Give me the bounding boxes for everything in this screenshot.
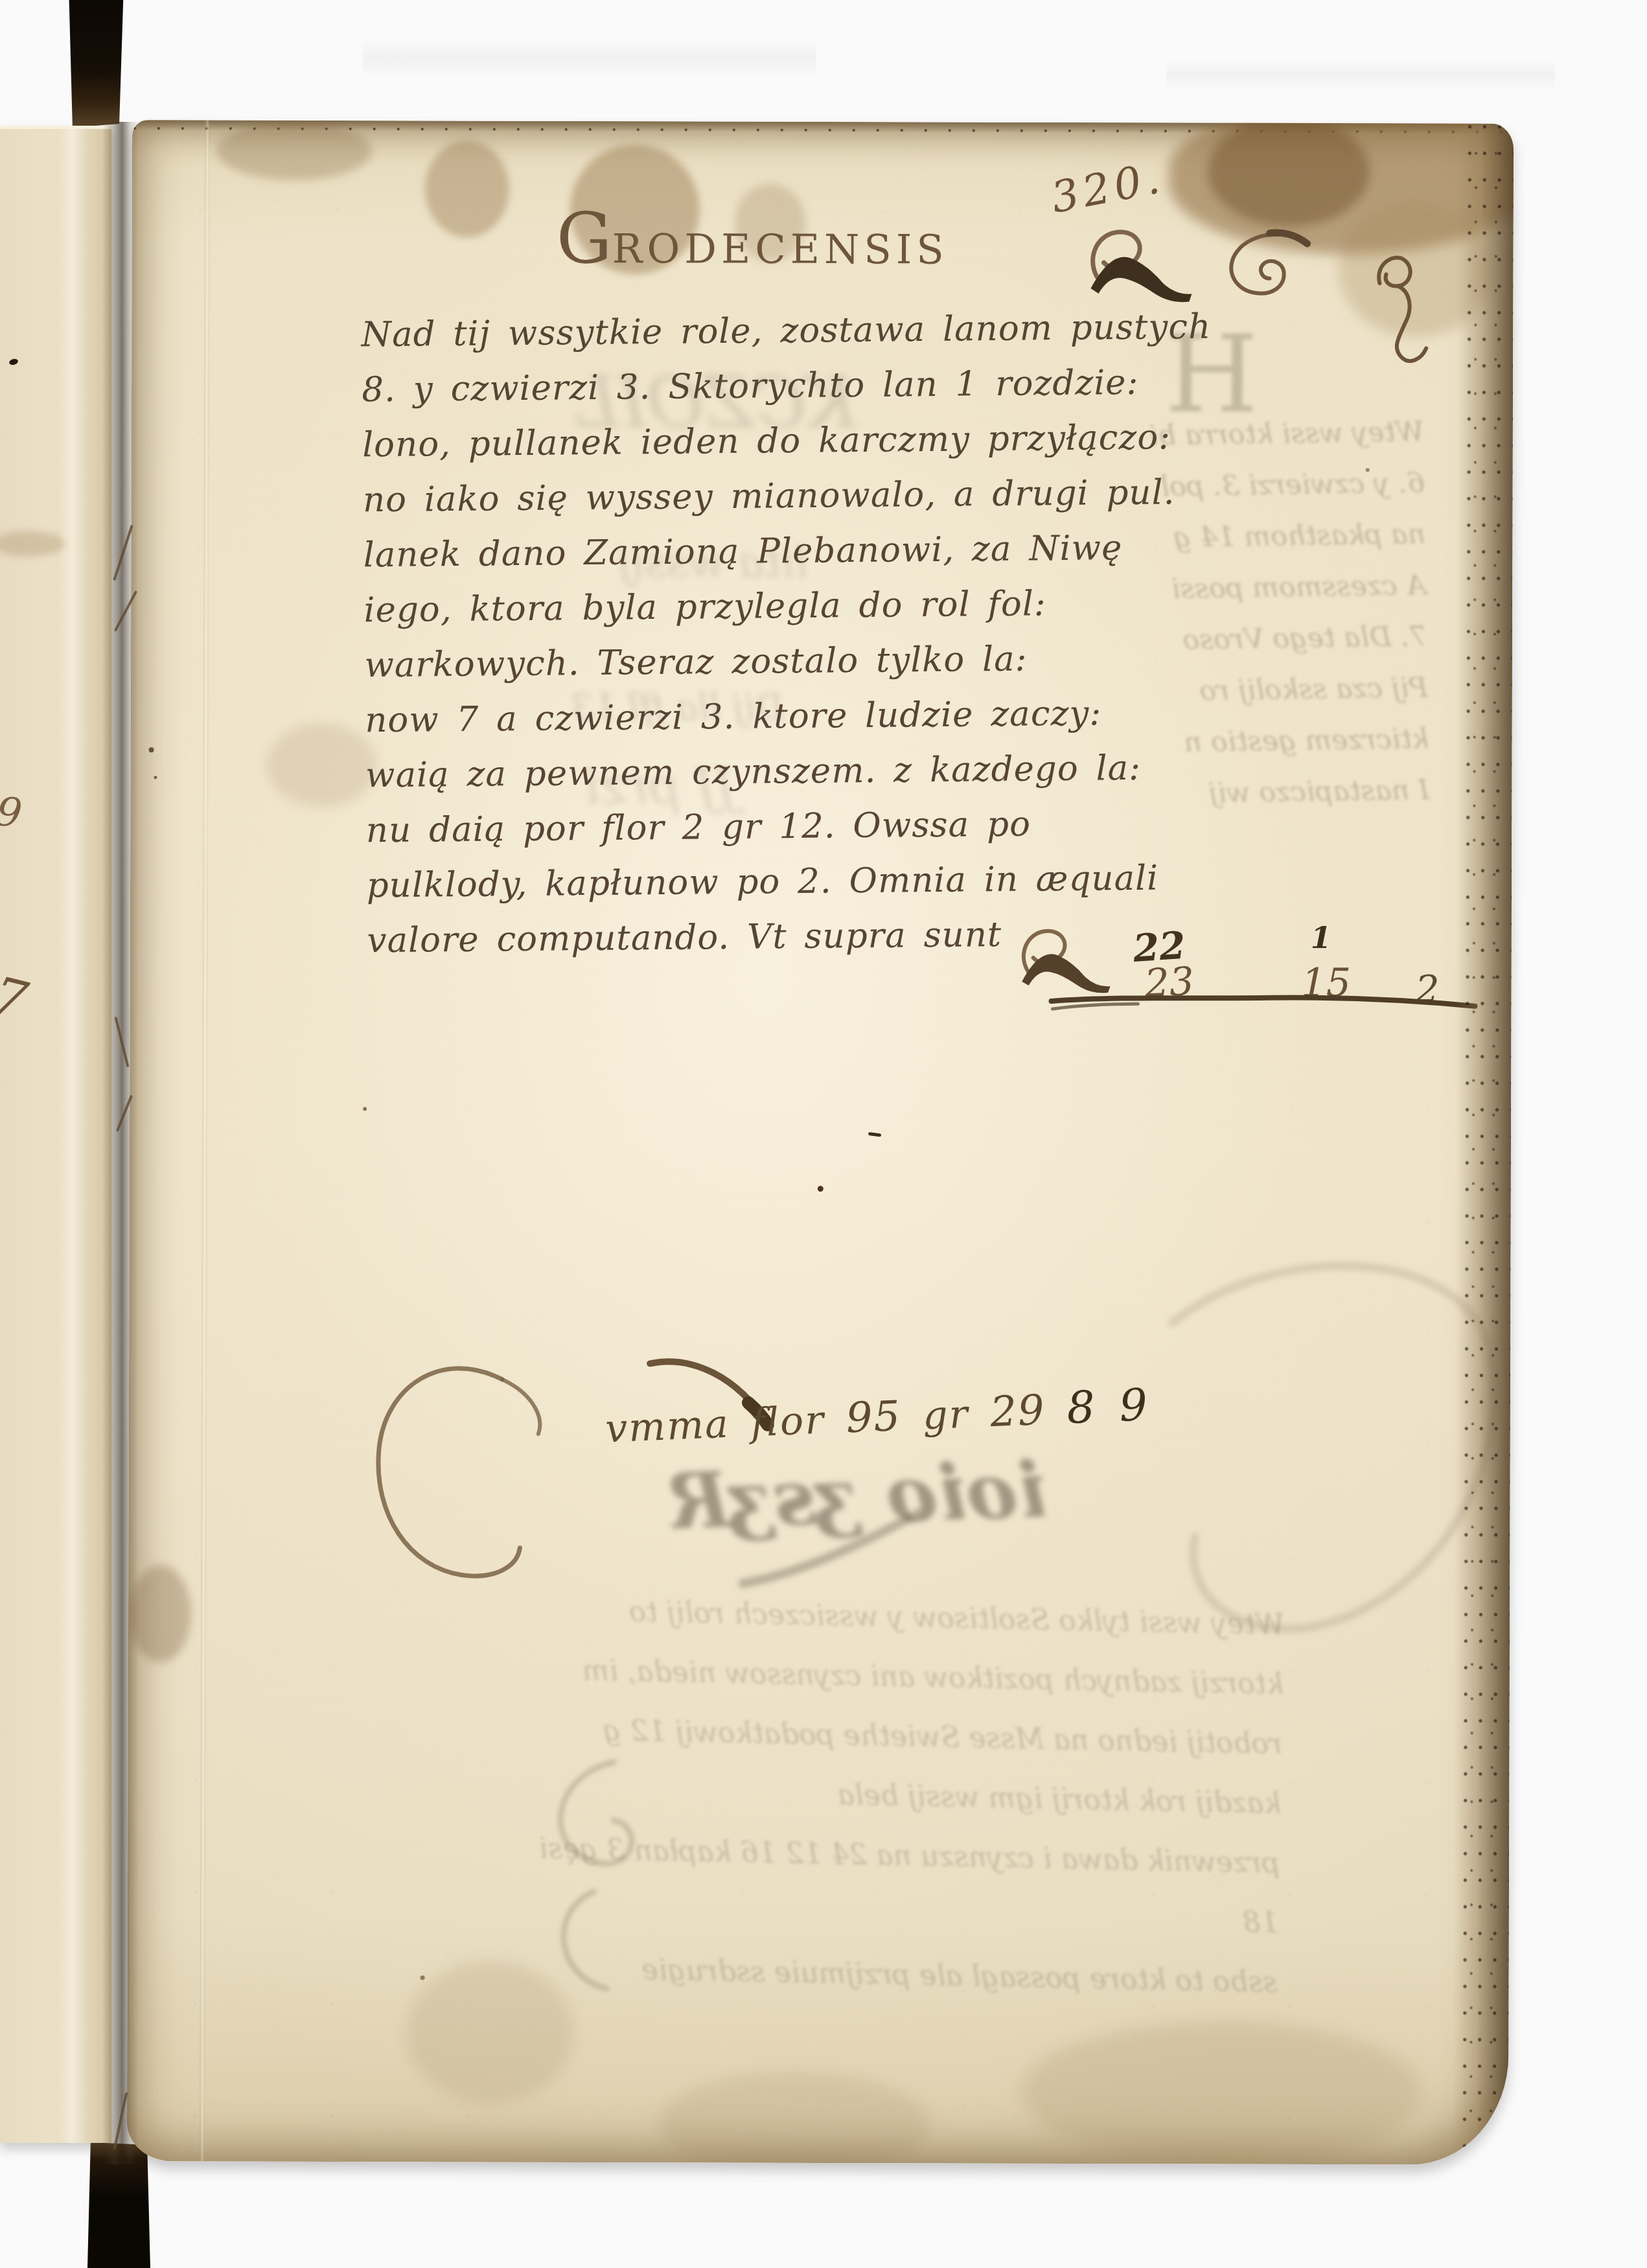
body-line: nu daią por flor 2 gr 12. Owssa po [366, 794, 1235, 858]
body-line: lono, pullanek ieden do karczmy przyłącz… [362, 409, 1231, 472]
body-line: now 7 a czwierzi 3. ktore ludzie zaczy: [365, 684, 1234, 748]
summa-prefix: vmma flor [605, 1398, 825, 1452]
body-line: iego, ktora byla przylegla do rol fol: [363, 574, 1232, 638]
scanner-streak [1166, 58, 1555, 91]
page-title-rest: RODECENSIS [612, 229, 949, 270]
page-crease [200, 121, 210, 2162]
folio-number: 320. [1047, 152, 1168, 223]
foxing-speck [868, 1132, 882, 1137]
margin-mark-nine: 9 [0, 787, 25, 838]
margin-stain [0, 531, 65, 557]
binding-thread [114, 590, 137, 632]
bleedthrough-swoosh [724, 1502, 932, 1593]
body-line: warkowych. Tseraz zostalo tylko la: [364, 629, 1233, 693]
stain-top-right-core [1208, 120, 1370, 227]
body-line: pulklody, kapłunow po 2. Omnia in æquali [366, 850, 1235, 913]
body-line: 8. y czwierzi 3. Sktorychto lan 1 rozdzi… [362, 354, 1230, 417]
page-title-initial: G [557, 204, 613, 274]
bleedthrough-curls [516, 1749, 685, 2009]
body-line: Nad tij wssytkie role, zostawa lanom pus… [361, 299, 1230, 363]
page-title: G RODECENSIS [557, 204, 949, 275]
facing-page-fold [57, 129, 87, 2143]
margin-curl-icon [1217, 228, 1315, 303]
body-paragraph: Nad tij wssytkie role, zostawa lanom pus… [361, 299, 1236, 969]
foxing-speck [420, 1975, 425, 1980]
binding-thread [116, 1094, 133, 1131]
stain [658, 2072, 930, 2164]
correction-new-quarters: 1 [1311, 920, 1331, 955]
binding-thread [113, 2092, 128, 2150]
foxing-speck [818, 1186, 823, 1192]
foxing-speck [363, 1107, 367, 1111]
scanner-streak [363, 39, 816, 78]
manuscript-page: H Wtey wssi ktorra bi 6. y czwierzi 3. p… [127, 120, 1514, 2165]
summa-unit: gr [922, 1391, 970, 1439]
binding-thread [113, 525, 133, 581]
stain [1021, 2021, 1423, 2165]
bookmark-ribbon-top [67, 0, 124, 128]
foxing-speck [154, 776, 157, 779]
facing-page-edge: 9 7 [0, 126, 111, 2143]
scanned-manuscript: { "page": { "folio_number": "320.", "hea… [0, 0, 1647, 2268]
summa-florins: 95 [845, 1393, 902, 1442]
strikethrough-line [1042, 971, 1489, 1024]
body-line: waią za pewnem czynszem. z kazdego la: [365, 739, 1234, 803]
stain [216, 122, 372, 181]
stain [130, 1565, 191, 1662]
book-gutter [102, 122, 139, 2164]
ink-speck [8, 358, 19, 365]
stain [425, 140, 509, 237]
summa-groschen: 29 [989, 1387, 1046, 1437]
page-torn-edge [1453, 124, 1514, 2165]
body-line: lanek dano Zamioną Plebanowi, za Niwę [363, 519, 1232, 583]
binding-thread [114, 1017, 129, 1068]
summa-tail: 8 9 [1066, 1380, 1149, 1434]
margin-mark-seven: 7 [0, 965, 33, 1032]
body-line: no iako się wyssey mianowalo, a drugi pu… [363, 464, 1232, 527]
stain [266, 723, 376, 807]
margin-squiggle-icon [1370, 249, 1432, 369]
foxing-speck [149, 747, 154, 752]
summa-initial-flourish [363, 1352, 584, 1592]
